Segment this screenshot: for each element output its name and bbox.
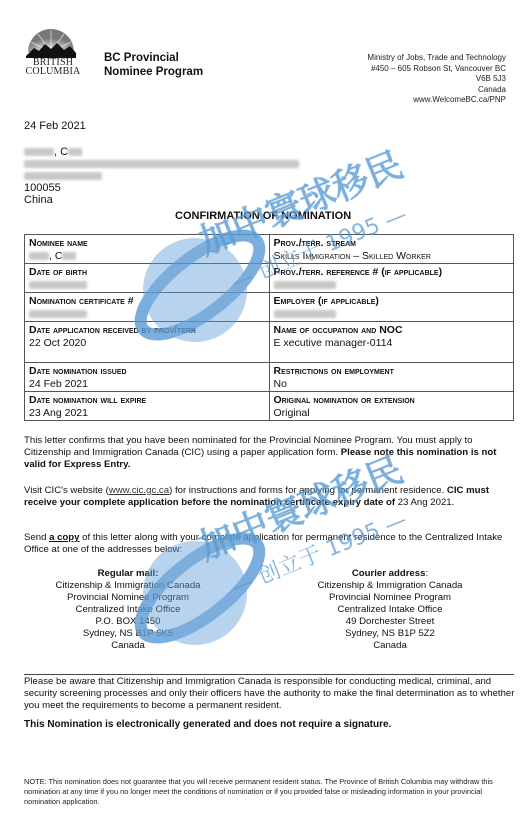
recipient-postal-code: 100055 [24, 182, 299, 194]
table-cell: Date nomination will expire23 Ang 2021 [25, 392, 270, 421]
redacted-value [62, 252, 76, 260]
p3-bold: a copy [49, 532, 79, 543]
p2-text: Visit CIC's website ( [24, 485, 109, 496]
field-label: Prov./terr. stream [274, 237, 510, 250]
field-value [29, 279, 265, 292]
document-title: CONFIRMATION OF NOMINATION [175, 210, 351, 222]
field-value [274, 279, 510, 292]
address-line: 49 Dorchester Street [280, 616, 500, 628]
courier-heading: Courier address: [280, 568, 500, 580]
field-label: Date nomination will expire [29, 394, 265, 407]
field-value [29, 308, 265, 321]
table-cell: Name of occupation and NOCE xecutive man… [269, 322, 514, 363]
field-value: 22 Oct 2020 [29, 337, 265, 350]
cic-website-link[interactable]: www.cic.gc.ca [109, 485, 169, 496]
ministry-line: V6B 5J3 [367, 74, 506, 85]
field-label: Restrictions on employment [274, 365, 510, 378]
address-line: Provincial Nominee Program [18, 592, 238, 604]
footer-note: NOTE: This nomination does not guarantee… [24, 777, 514, 807]
address-line: Citizenship & Immigration Canada [280, 580, 500, 592]
field-value: 23 Ang 2021 [29, 407, 265, 420]
ministry-address: Ministry of Jobs, Trade and Technology #… [367, 53, 506, 106]
p3-text: Send [24, 532, 49, 543]
p3-text: of this letter along with your complete … [24, 532, 502, 555]
program-title-line: BC Provincial [104, 51, 203, 65]
table-cell: Restrictions on employmentNo [269, 363, 514, 392]
disclaimer-paragraph: Please be aware that Citizenship and Imm… [24, 676, 516, 712]
letter-date: 24 Feb 2021 [24, 120, 86, 132]
courier-heading-suffix: : [425, 568, 428, 579]
field-value: Original [274, 407, 510, 420]
address-line: Sydney, NS B1P 6K5 [18, 628, 238, 640]
table-cell: Date nomination issued24 Feb 2021 [25, 363, 270, 392]
field-label: Nomination certificate # [29, 295, 265, 308]
divider [24, 674, 514, 675]
field-label: Prov./terr. reference # (if applicable) [274, 266, 510, 279]
address-line: Citizenship & Immigration Canada [18, 580, 238, 592]
recipient-name: , C [24, 146, 299, 158]
field-value-visible: , C [49, 250, 62, 262]
address-line: Centralized Intake Office [280, 604, 500, 616]
table-row: Date nomination issued24 Feb 2021Restric… [25, 363, 514, 392]
confirmation-paragraph: This letter confirms that you have been … [24, 435, 516, 471]
p2-text: ) for instructions and forms for applyin… [169, 485, 447, 496]
program-title-line: Nominee Program [104, 65, 203, 79]
table-cell: Nomination certificate # [25, 293, 270, 322]
address-line: Sydney, NS B1P 5Z2 [280, 628, 500, 640]
redacted-value [29, 252, 49, 260]
redacted-value [29, 310, 87, 318]
field-label: Date application received by prov/terr [29, 324, 265, 337]
table-row: Date of birthProv./terr. reference # (if… [25, 264, 514, 293]
field-value: , C [29, 250, 265, 263]
address-line: Canada [18, 640, 238, 652]
table-cell: Nominee name, C [25, 235, 270, 264]
field-label: Name of occupation and NOC [274, 324, 510, 337]
field-value: 24 Feb 2021 [29, 378, 265, 391]
recipient-name-visible: , C [54, 146, 68, 158]
ministry-line: Ministry of Jobs, Trade and Technology [367, 53, 506, 64]
regular-mail-heading: Regular mail: [18, 568, 238, 580]
table-cell: Date application received by prov/terr22… [25, 322, 270, 363]
table-row: Nominee name, CProv./terr. streamSkills … [25, 235, 514, 264]
field-label: Date nomination issued [29, 365, 265, 378]
address-line: P.O. BOX 1450 [18, 616, 238, 628]
table-row: Date nomination will expire23 Ang 2021Or… [25, 392, 514, 421]
ministry-website: www.WelcomeBC.ca/PNP [367, 95, 506, 106]
recipient-street-redacted [24, 158, 299, 170]
logo-line: COLUMBIA [14, 67, 92, 76]
recipient-city-redacted [24, 170, 299, 182]
bc-logo-text: BRITISH COLUMBIA [14, 58, 92, 76]
redacted-value [29, 281, 87, 289]
table-row: Nomination certificate #Employer (if app… [25, 293, 514, 322]
ministry-line: Canada [367, 85, 506, 96]
table-cell: Prov./terr. streamSkills Immigration – S… [269, 235, 514, 264]
ministry-line: #450 – 605 Robson St, Vancouver BC [367, 64, 506, 75]
table-cell: Date of birth [25, 264, 270, 293]
redacted-value [274, 310, 336, 318]
recipient-address: , C 100055 China [24, 146, 299, 206]
field-label: Employer (if applicable) [274, 295, 510, 308]
send-copy-paragraph: Send a copy of this letter along with yo… [24, 532, 516, 556]
address-line: Centralized Intake Office [18, 604, 238, 616]
field-value: Skills Immigration – Skilled Worker [274, 250, 510, 263]
redacted-value [274, 281, 336, 289]
field-label: Nominee name [29, 237, 265, 250]
field-value [274, 308, 510, 321]
table-cell: Employer (if applicable) [269, 293, 514, 322]
courier-heading-text: Courier address [352, 568, 426, 579]
field-label: Date of birth [29, 266, 265, 279]
field-value: E xecutive manager-0114 [274, 337, 510, 350]
address-line: Canada [280, 640, 500, 652]
nomination-table: Nominee name, CProv./terr. streamSkills … [24, 234, 514, 421]
table-cell: Prov./terr. reference # (if applicable) [269, 264, 514, 293]
recipient-country: China [24, 194, 299, 206]
regular-mail-address: Regular mail: Citizenship & Immigration … [18, 568, 238, 652]
cic-website-paragraph: Visit CIC's website (www.cic.gc.ca) for … [24, 485, 516, 509]
signature-note: This Nomination is electronically genera… [24, 719, 516, 731]
field-value: No [274, 378, 510, 391]
table-row: Date application received by prov/terr22… [25, 322, 514, 363]
program-title: BC Provincial Nominee Program [104, 51, 203, 79]
p2-date: 23 Ang 2021. [395, 497, 454, 508]
courier-address: Courier address: Citizenship & Immigrati… [280, 568, 500, 652]
address-line: Provincial Nominee Program [280, 592, 500, 604]
table-cell: Original nomination or extensionOriginal [269, 392, 514, 421]
field-label: Original nomination or extension [274, 394, 510, 407]
